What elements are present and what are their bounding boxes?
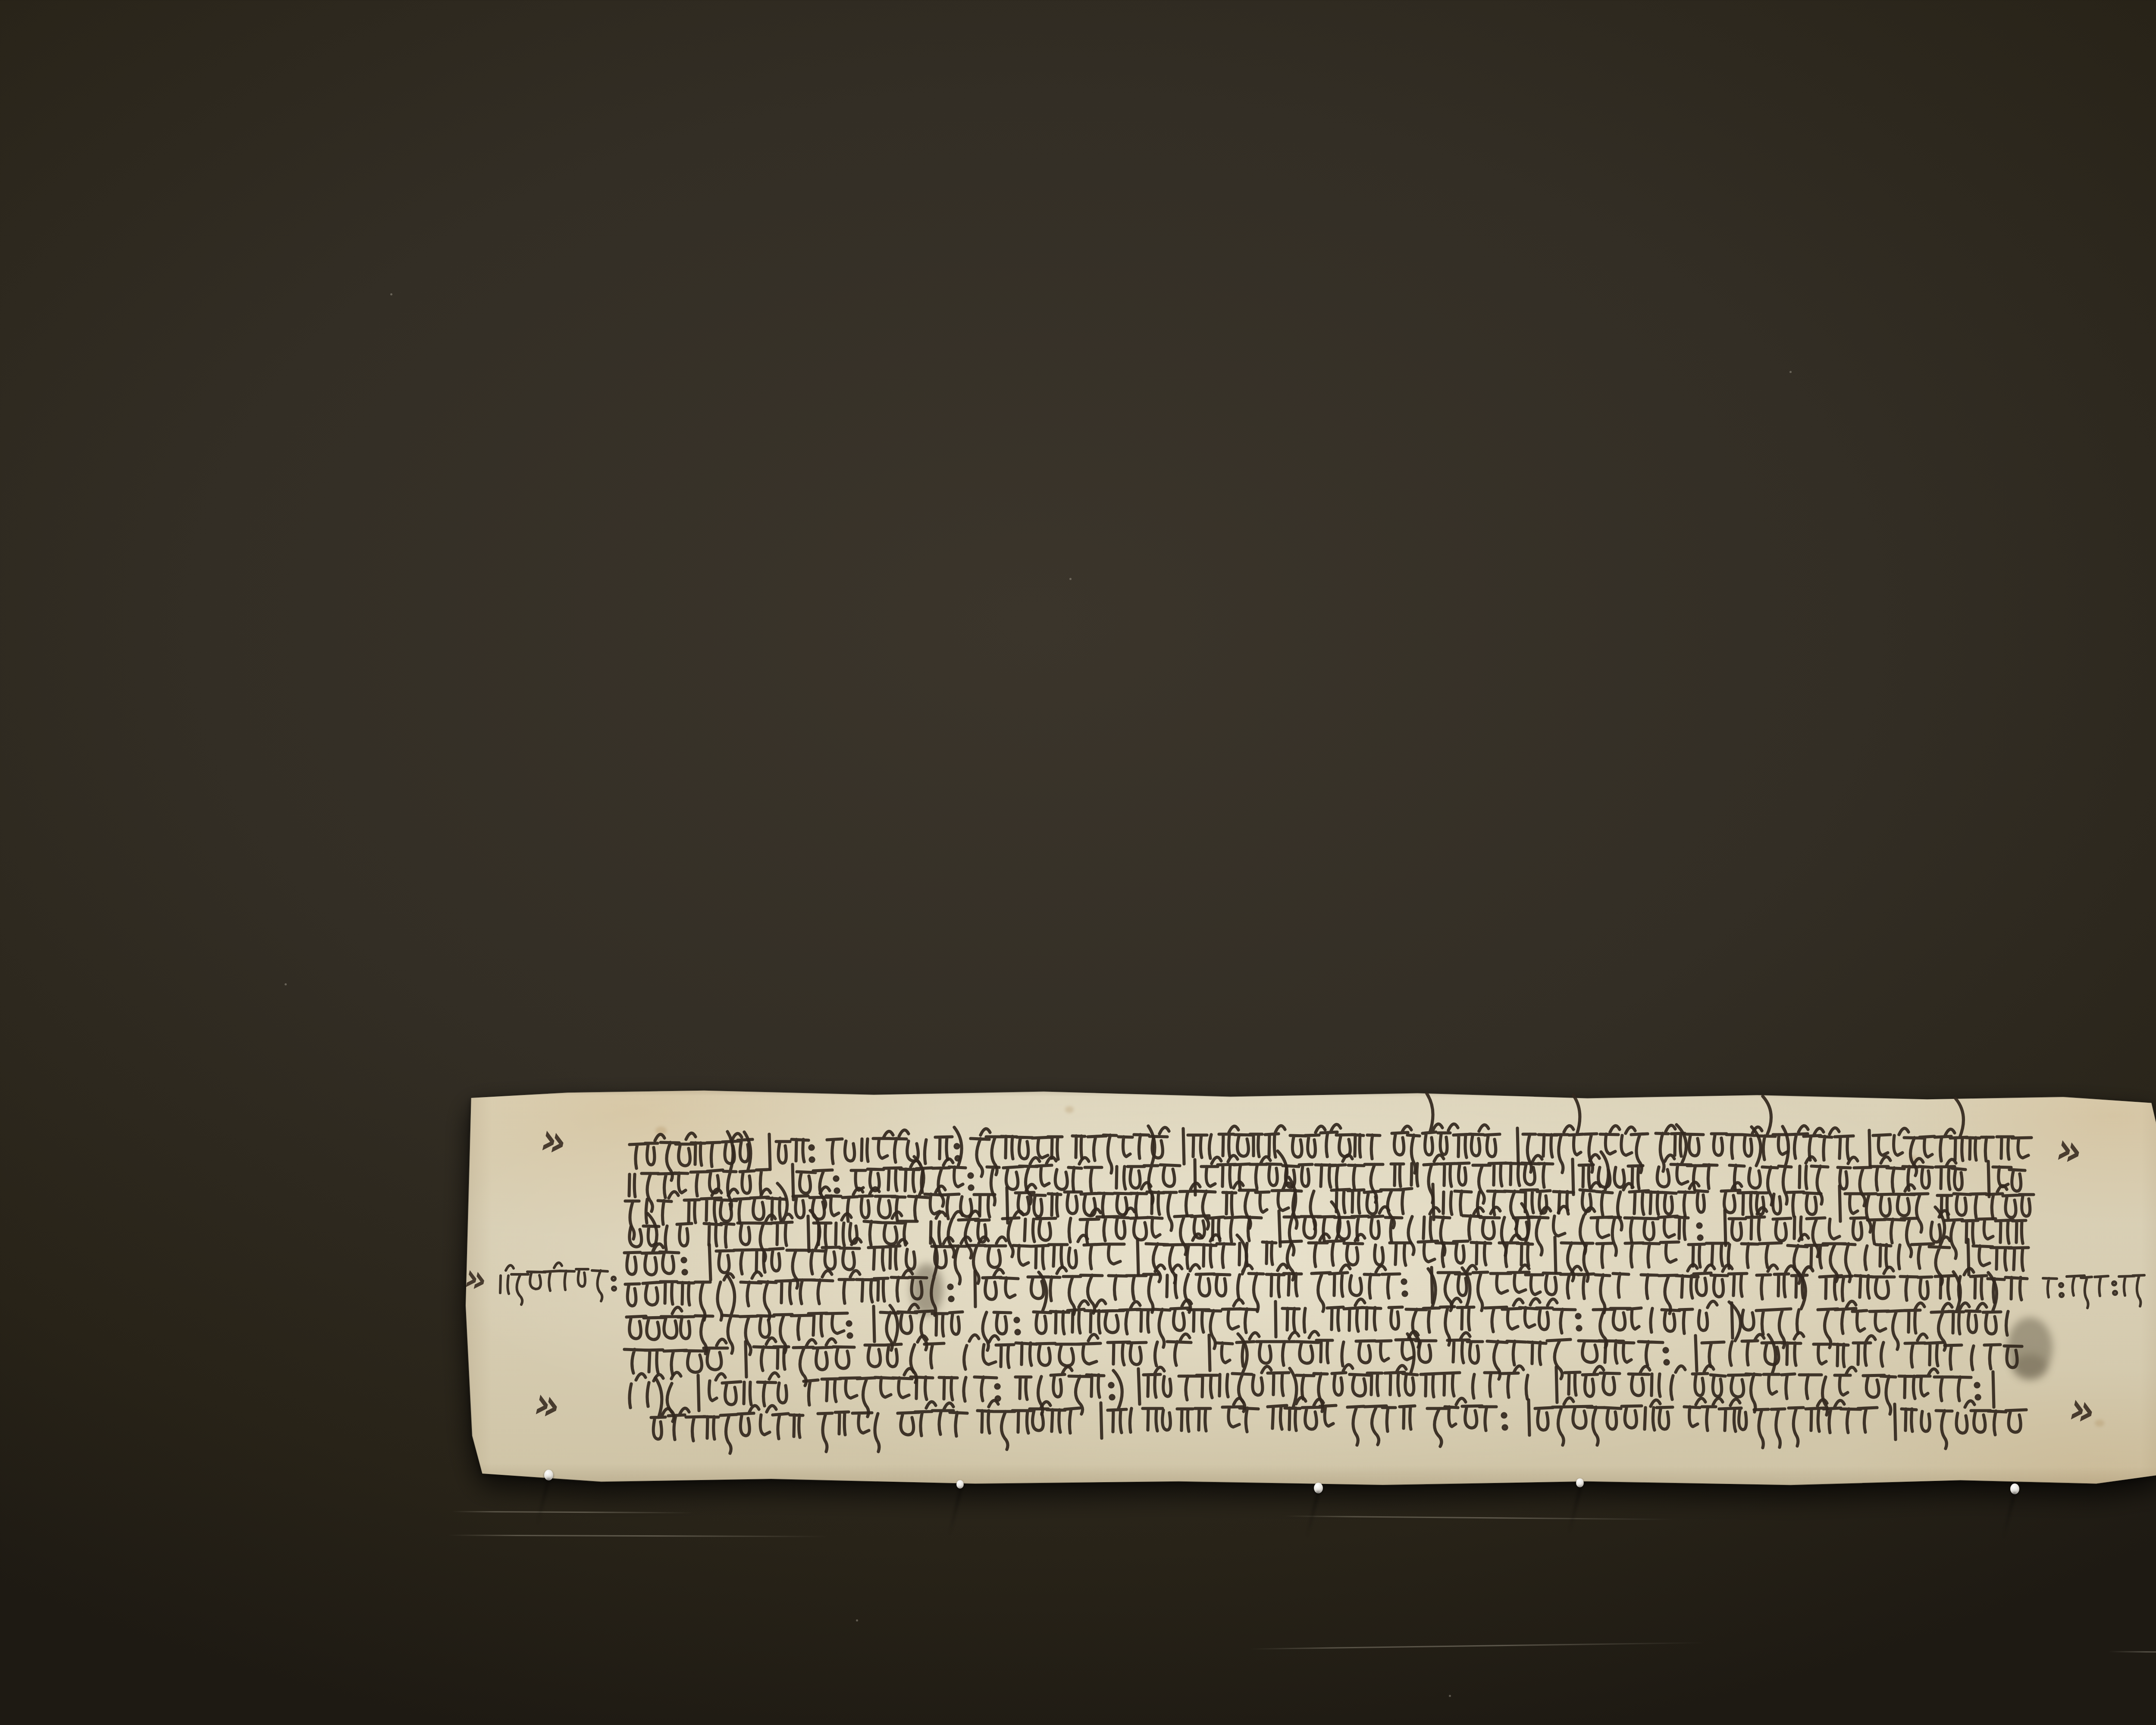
board-scratch	[1250, 1642, 1703, 1650]
board-scratch	[452, 1511, 693, 1514]
board-scratch	[1285, 1515, 1673, 1520]
dust-speck	[1789, 371, 1792, 373]
dust-speck	[285, 983, 287, 985]
mounting-pin	[956, 1480, 964, 1489]
ink-smudge	[911, 1264, 943, 1315]
mounting-pin	[1314, 1483, 1323, 1493]
foxing-spot	[1065, 1106, 1074, 1113]
mounting-pin	[2010, 1483, 2019, 1494]
manuscript-leaf-wrap	[465, 1088, 2156, 1487]
foxing-spot	[655, 1126, 667, 1135]
board-scratch	[2109, 1651, 2156, 1653]
ink-smudge	[2013, 1354, 2047, 1380]
manuscript-leaf	[465, 1088, 2156, 1487]
photograph: { "photo": { "background_color": "#332e2…	[0, 0, 2156, 1725]
dust-speck	[1449, 1695, 1451, 1697]
board-scratch	[448, 1534, 828, 1537]
mounting-pin	[544, 1470, 553, 1480]
dust-speck	[390, 293, 392, 295]
pin-shadow	[2001, 1492, 2016, 1540]
dust-speck	[856, 1619, 858, 1621]
pin-shadow	[947, 1488, 962, 1537]
foxing-spot	[1910, 1156, 1918, 1163]
foxing-spot	[2095, 1420, 2104, 1427]
pin-shadow	[535, 1478, 550, 1527]
dust-speck	[1069, 578, 1072, 580]
pin-shadow	[1567, 1487, 1582, 1535]
mounting-pin	[1576, 1478, 1584, 1487]
